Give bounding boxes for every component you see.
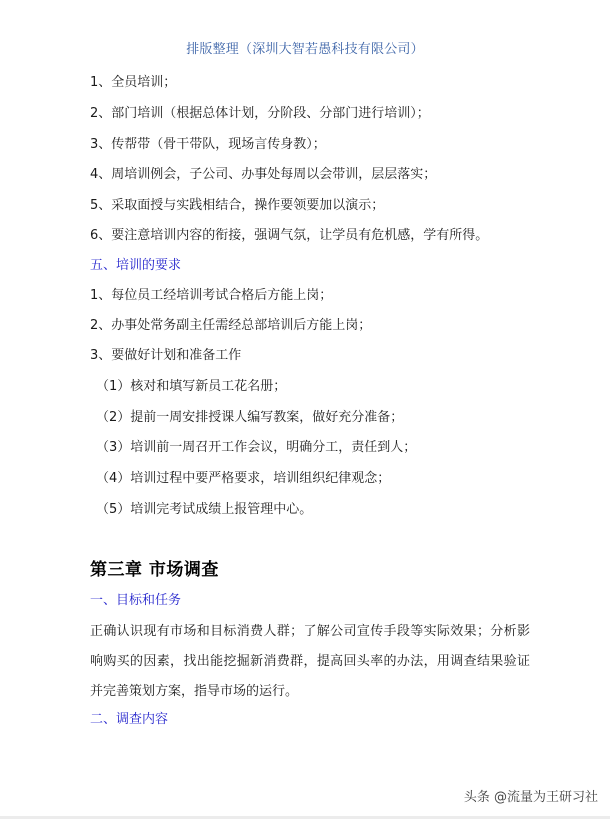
section-heading-training-requirements: 五、培训的要求 xyxy=(90,256,181,276)
training-method-item: 3、传帮带（骨干带队，现场言传身教）； xyxy=(90,135,326,155)
section-heading-goals: 一、目标和任务 xyxy=(90,591,181,611)
training-method-item: 1、全员培训； xyxy=(90,73,176,93)
training-method-item: 2、部门培训（根据总体计划，分阶段、分部门进行培训）； xyxy=(90,104,430,124)
watermark-text: 头条 @流量为王研习社 xyxy=(464,788,598,808)
section-body-paragraph: 正确认识现有市场和目标消费人群；了解公司宣传手段等实际效果；分析影响购买的因素，… xyxy=(90,617,530,707)
requirement-item: 3、要做好计划和准备工作 xyxy=(90,346,241,366)
requirement-sub-item: （2）提前一周安排授课人编写教案，做好充分准备； xyxy=(96,408,403,428)
document-title: 排版整理（深圳大智若愚科技有限公司） xyxy=(0,40,610,60)
training-method-item: 4、周培训例会，子公司、办事处每周以会带训，层层落实； xyxy=(90,165,436,185)
requirement-item: 1、每位员工经培训考试合格后方能上岗； xyxy=(90,286,332,306)
requirement-item: 2、办事处常务副主任需经总部培训后方能上岗； xyxy=(90,316,371,336)
requirement-sub-item: （3）培训前一周召开工作会议，明确分工，责任到人； xyxy=(96,438,416,458)
chapter-title: 第三章 市场调查 xyxy=(90,558,219,582)
requirement-sub-item: （4）培训过程中要严格要求，培训组织纪律观念； xyxy=(96,469,390,489)
training-method-item: 5、采取面授与实践相结合，操作要领要加以演示； xyxy=(90,196,384,216)
requirement-sub-item: （1）核对和填写新员工花名册； xyxy=(96,377,286,397)
document-page: 排版整理（深圳大智若愚科技有限公司） 1、全员培训； 2、部门培训（根据总体计划… xyxy=(0,0,610,810)
requirement-sub-item: （5）培训完考试成绩上报管理中心。 xyxy=(96,500,312,520)
section-heading-survey-content: 二、调查内容 xyxy=(90,710,168,730)
training-method-item: 6、要注意培训内容的衔接，强调气氛，让学员有危机感，学有所得。 xyxy=(90,226,488,246)
